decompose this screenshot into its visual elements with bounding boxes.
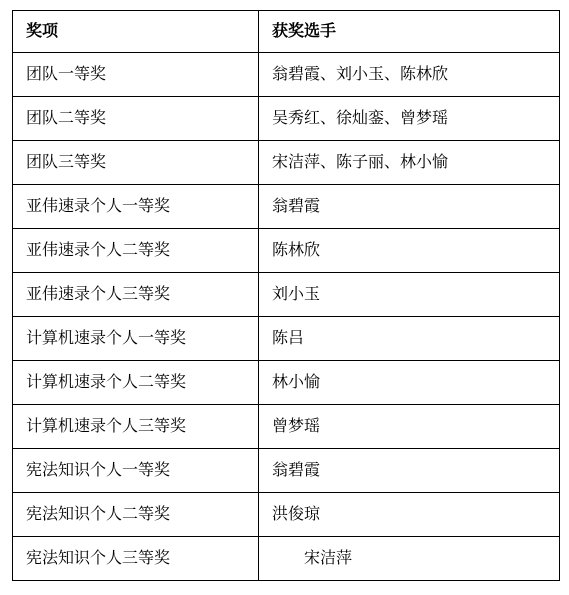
col-header-winners: 获奖选手 [259,11,560,53]
award-winners-table: 奖项 获奖选手 团队一等奖 翁碧霞、刘小玉、陈林欣 团队二等奖 吴秀红、徐灿銮、… [12,10,560,581]
award-cell: 团队三等奖 [13,141,259,185]
award-cell: 宪法知识个人二等奖 [13,493,259,537]
winners-cell: 吴秀红、徐灿銮、曾梦瑶 [259,97,560,141]
winners-cell: 翁碧霞 [259,185,560,229]
award-cell: 宪法知识个人一等奖 [13,449,259,493]
winners-cell: 翁碧霞 [259,449,560,493]
award-cell: 宪法知识个人三等奖 [13,537,259,581]
winners-cell: 陈吕 [259,317,560,361]
award-cell: 团队二等奖 [13,97,259,141]
table-row: 团队三等奖 宋洁萍、陈子丽、林小愉 [13,141,560,185]
header-row: 奖项 获奖选手 [13,11,560,53]
table-row: 宪法知识个人二等奖 洪俊琼 [13,493,560,537]
winners-cell: 林小愉 [259,361,560,405]
winners-cell: 曾梦瑶 [259,405,560,449]
winners-cell: 翁碧霞、刘小玉、陈林欣 [259,53,560,97]
award-cell: 计算机速录个人一等奖 [13,317,259,361]
winners-cell: 洪俊琼 [259,493,560,537]
table-body: 团队一等奖 翁碧霞、刘小玉、陈林欣 团队二等奖 吴秀红、徐灿銮、曾梦瑶 团队三等… [13,53,560,581]
table-row: 团队二等奖 吴秀红、徐灿銮、曾梦瑶 [13,97,560,141]
table-row: 亚伟速录个人一等奖 翁碧霞 [13,185,560,229]
award-cell: 团队一等奖 [13,53,259,97]
award-cell: 亚伟速录个人三等奖 [13,273,259,317]
table-row: 亚伟速录个人三等奖 刘小玉 [13,273,560,317]
award-cell: 亚伟速录个人二等奖 [13,229,259,273]
col-header-award: 奖项 [13,11,259,53]
table-row: 计算机速录个人二等奖 林小愉 [13,361,560,405]
table-row: 团队一等奖 翁碧霞、刘小玉、陈林欣 [13,53,560,97]
table-row: 计算机速录个人三等奖 曾梦瑶 [13,405,560,449]
award-cell: 计算机速录个人二等奖 [13,361,259,405]
table-row: 宪法知识个人一等奖 翁碧霞 [13,449,560,493]
winners-cell: 刘小玉 [259,273,560,317]
table-row: 宪法知识个人三等奖 宋洁萍 [13,537,560,581]
winners-cell: 陈林欣 [259,229,560,273]
winners-cell: 宋洁萍 [259,537,560,581]
winners-cell: 宋洁萍、陈子丽、林小愉 [259,141,560,185]
table-row: 亚伟速录个人二等奖 陈林欣 [13,229,560,273]
table-row: 计算机速录个人一等奖 陈吕 [13,317,560,361]
award-cell: 亚伟速录个人一等奖 [13,185,259,229]
award-cell: 计算机速录个人三等奖 [13,405,259,449]
